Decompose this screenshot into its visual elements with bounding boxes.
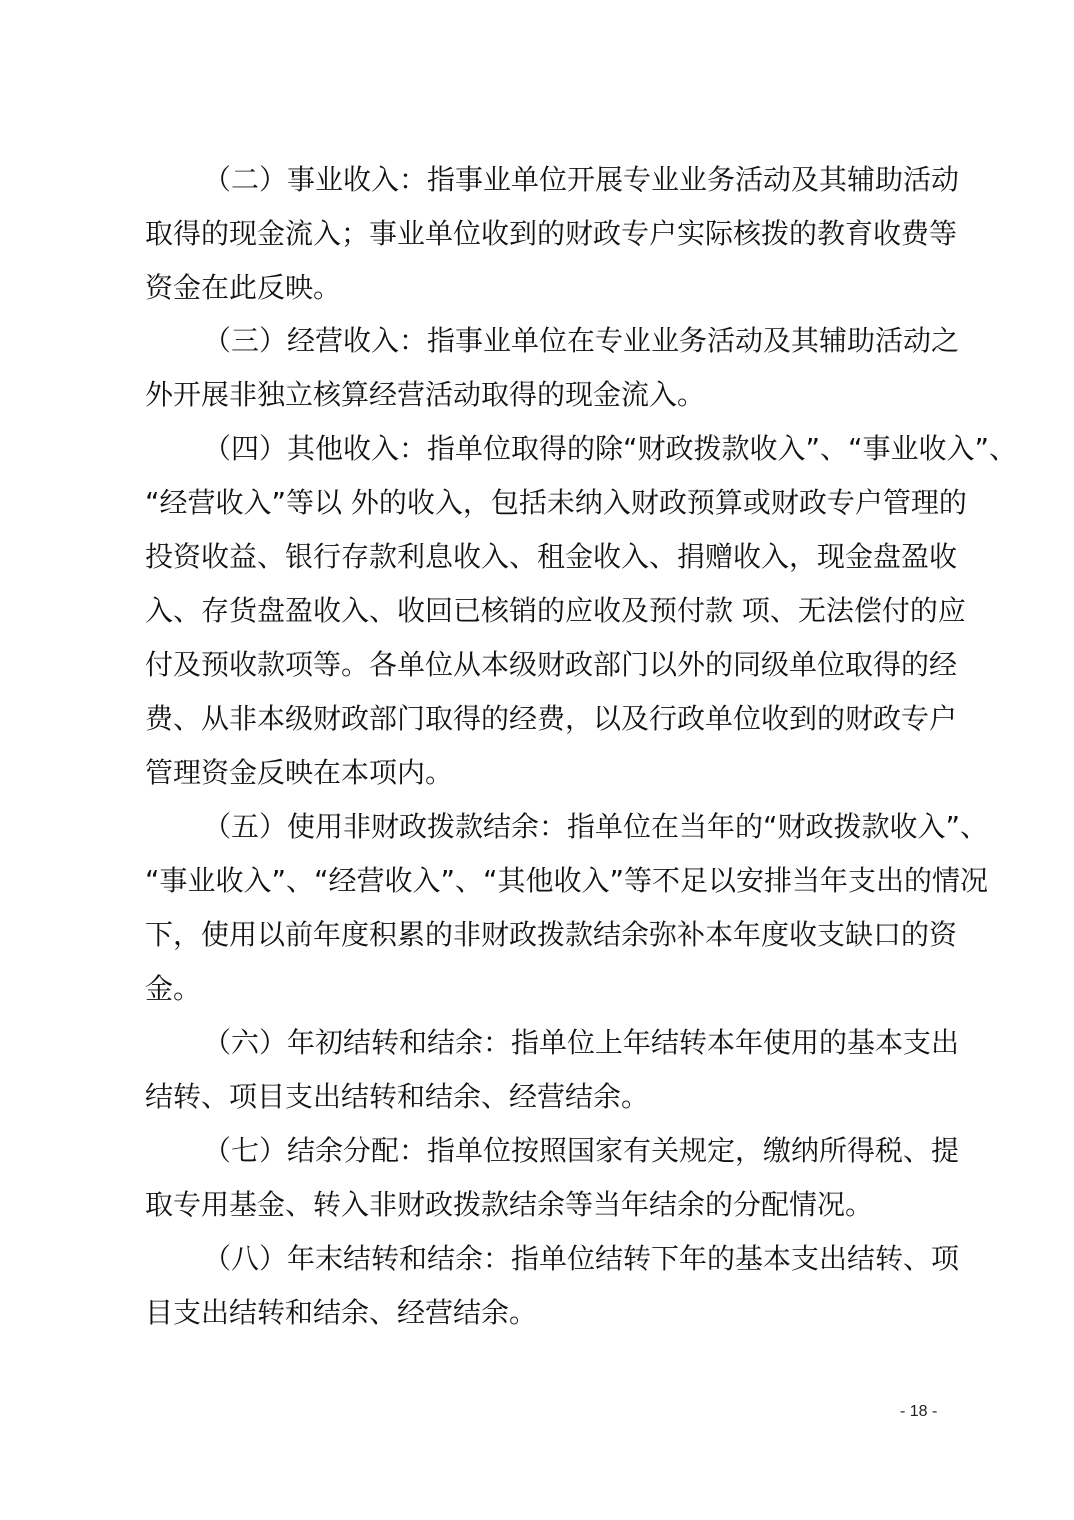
paragraph-first-line: （七）结余分配：指单位按照国家有关规定，缴纳所得税、提 [203,1133,945,1169]
paragraph-first-line: （四）其他收入：指单位取得的除“财政拨款收入”、“事业收入”、 [203,431,945,467]
paragraph-first-line: （二）事业收入：指事业单位开展专业业务活动及其辅助活动 [203,162,945,198]
paragraph-line: 金。 [145,971,945,1007]
paragraph-line: 费、从非本级财政部门取得的经费，以及行政单位收到的财政专户 [145,701,945,737]
paragraph-line: 结转、项目支出结转和结余、经营结余。 [145,1079,945,1115]
paragraph-line: “事业收入”、“经营收入”、“其他收入”等不足以安排当年支出的情况 [145,863,945,899]
paragraph-line: 外开展非独立核算经营活动取得的现金流入。 [145,377,945,413]
paragraph-first-line: （六）年初结转和结余：指单位上年结转本年使用的基本支出 [203,1025,945,1061]
paragraph-line: 下，使用以前年度积累的非财政拨款结余弥补本年度收支缺口的资 [145,917,945,953]
paragraph-line: 目支出结转和结余、经营结余。 [145,1295,945,1331]
paragraph-line: 取得的现金流入；事业单位收到的财政专户实际核拨的教育收费等 [145,216,945,252]
paragraph-line: 投资收益、银行存款利息收入、租金收入、捐赠收入，现金盘盈收 [145,539,945,575]
paragraph-line: 资金在此反映。 [145,270,945,306]
document-page: （二）事业收入：指事业单位开展专业业务活动及其辅助活动取得的现金流入；事业单位收… [0,0,1074,1520]
paragraph-line: 入、存货盘盈收入、收回已核销的应收及预付款 项、无法偿付的应 [145,593,945,629]
paragraph-line: 取专用基金、转入非财政拨款结余等当年结余的分配情况。 [145,1187,945,1223]
paragraph-line: 管理资金反映在本项内。 [145,755,945,791]
paragraph-first-line: （八）年末结转和结余：指单位结转下年的基本支出结转、项 [203,1241,945,1277]
paragraph-first-line: （五）使用非财政拨款结余：指单位在当年的“财政拨款收入”、 [203,809,945,845]
paragraph-line: 付及预收款项等。各单位从本级财政部门以外的同级单位取得的经 [145,647,945,683]
page-number: - 18 - [900,1403,937,1421]
paragraph-first-line: （三）经营收入：指事业单位在专业业务活动及其辅助活动之 [203,323,945,359]
paragraph-line: “经营收入”等以 外的收入，包括未纳入财政预算或财政专户管理的 [145,485,945,521]
